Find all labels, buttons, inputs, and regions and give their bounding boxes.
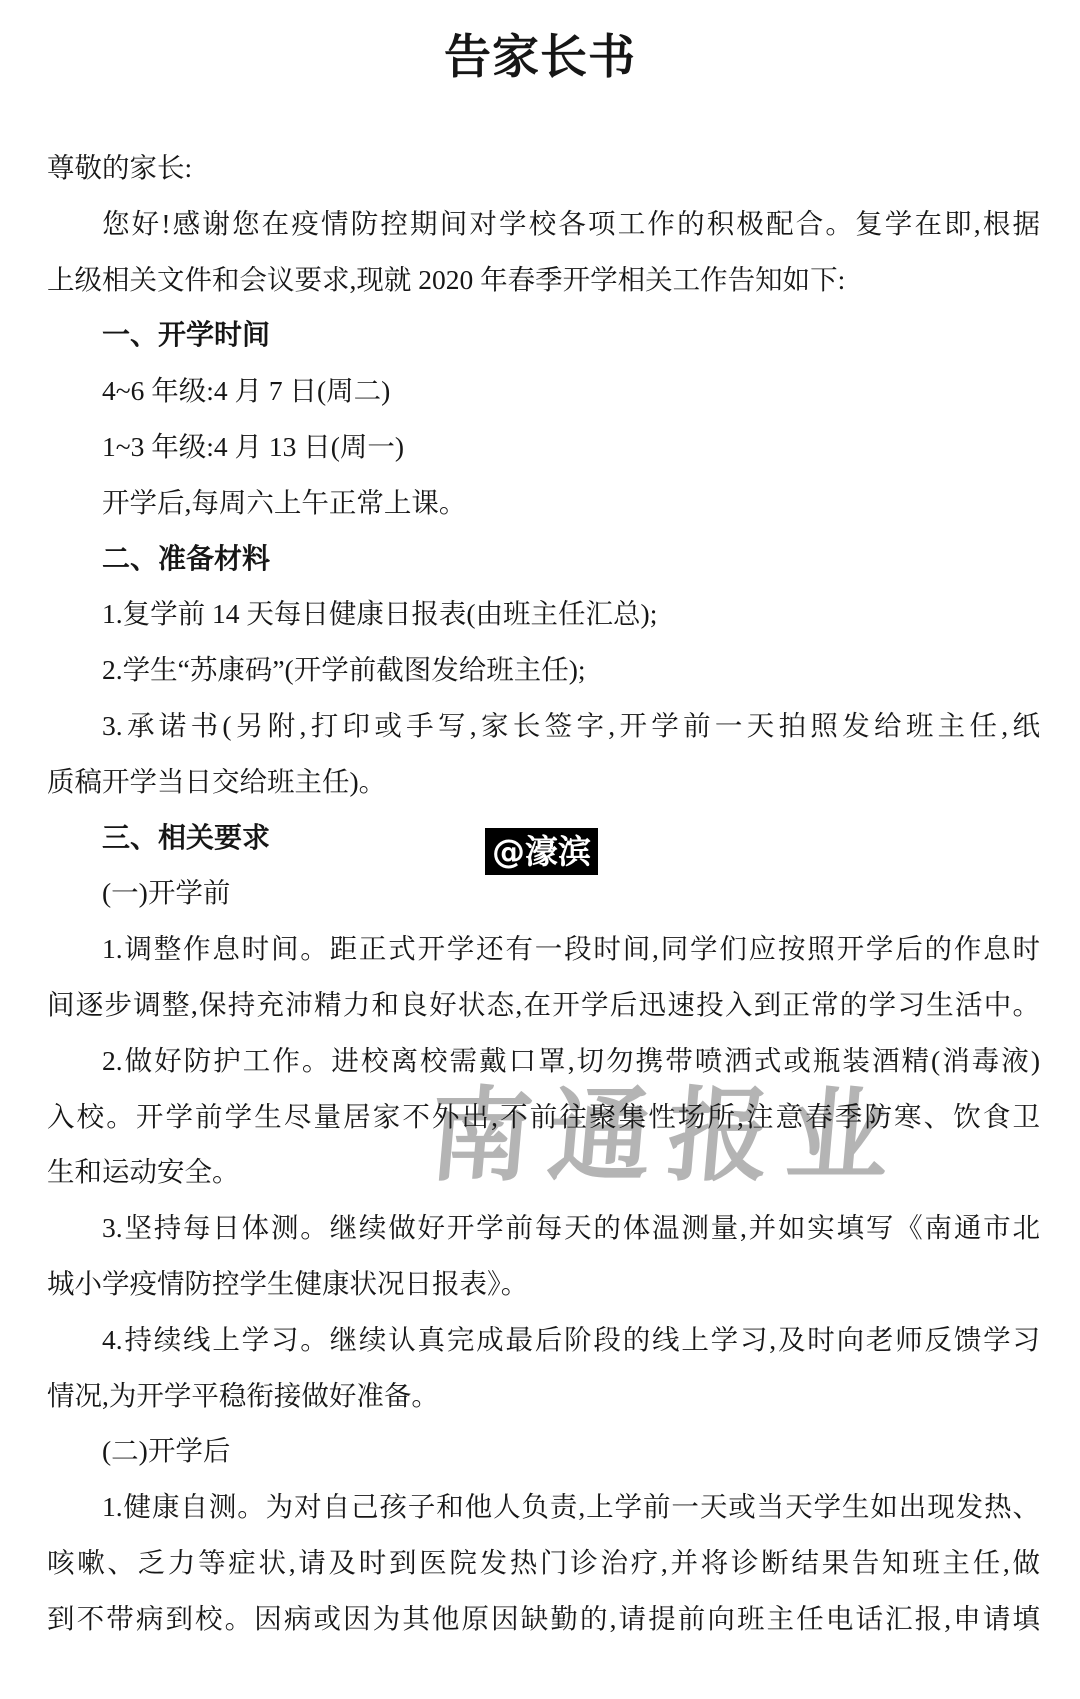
source-badge: @濠滨: [485, 828, 598, 875]
doc-line: 到不带病到校。因病或因为其他原因缺勤的,请提前向班主任电话汇报,申请填: [47, 1591, 1040, 1647]
doc-line-salutation: 尊敬的家长:: [47, 140, 1040, 196]
doc-line: 4.持续线上学习。继续认真完成最后阶段的线上学习,及时向老师反馈学习: [47, 1312, 1040, 1368]
document-title: 告家长书: [0, 28, 1080, 88]
doc-line: 4~6 年级:4 月 7 日(周二): [47, 363, 1040, 419]
doc-line: 您好!感谢您在疫情防控期间对学校各项工作的积极配合。复学在即,根据: [47, 196, 1040, 252]
doc-line: 咳嗽、乏力等症状,请及时到医院发热门诊治疗,并将诊断结果告知班主任,做: [47, 1535, 1040, 1591]
doc-line: 3.承诺书(另附,打印或手写,家长签字,开学前一天拍照发给班主任,纸: [47, 698, 1040, 754]
document-body: 尊敬的家长: 您好!感谢您在疫情防控期间对学校各项工作的积极配合。复学在即,根据…: [47, 140, 1040, 1647]
doc-line: 1.调整作息时间。距正式开学还有一段时间,同学们应按照开学后的作息时: [47, 921, 1040, 977]
doc-line: 城小学疫情防控学生健康状况日报表》。: [47, 1256, 1040, 1312]
doc-subheading: (二)开学后: [47, 1423, 1040, 1479]
doc-line: 1~3 年级:4 月 13 日(周一): [47, 419, 1040, 475]
doc-heading-1: 一、开学时间: [47, 307, 1040, 363]
doc-line: 情况,为开学平稳衔接做好准备。: [47, 1368, 1040, 1424]
doc-line: 1.复学前 14 天每日健康日报表(由班主任汇总);: [47, 586, 1040, 642]
document-page: 告家长书 南通报业 @濠滨 尊敬的家长: 您好!感谢您在疫情防控期间对学校各项工…: [0, 0, 1080, 1699]
doc-line: 开学后,每周六上午正常上课。: [47, 475, 1040, 531]
doc-line: 2.做好防护工作。进校离校需戴口罩,切勿携带喷洒式或瓶装酒精(消毒液): [47, 1033, 1040, 1089]
doc-heading-2: 二、准备材料: [47, 531, 1040, 587]
doc-line: 上级相关文件和会议要求,现就 2020 年春季开学相关工作告知如下:: [47, 252, 1040, 308]
doc-line: 1.健康自测。为对自己孩子和他人负责,上学前一天或当天学生如出现发热、: [47, 1479, 1040, 1535]
doc-line: 质稿开学当日交给班主任)。: [47, 754, 1040, 810]
doc-line: 入校。开学前学生尽量居家不外出,不前往聚集性场所,注意春季防寒、饮食卫: [47, 1089, 1040, 1145]
doc-line: 3.坚持每日体测。继续做好开学前每天的体温测量,并如实填写《南通市北: [47, 1200, 1040, 1256]
doc-line: 间逐步调整,保持充沛精力和良好状态,在开学后迅速投入到正常的学习生活中。: [47, 977, 1040, 1033]
doc-line: 生和运动安全。: [47, 1144, 1040, 1200]
doc-line: 2.学生“苏康码”(开学前截图发给班主任);: [47, 642, 1040, 698]
